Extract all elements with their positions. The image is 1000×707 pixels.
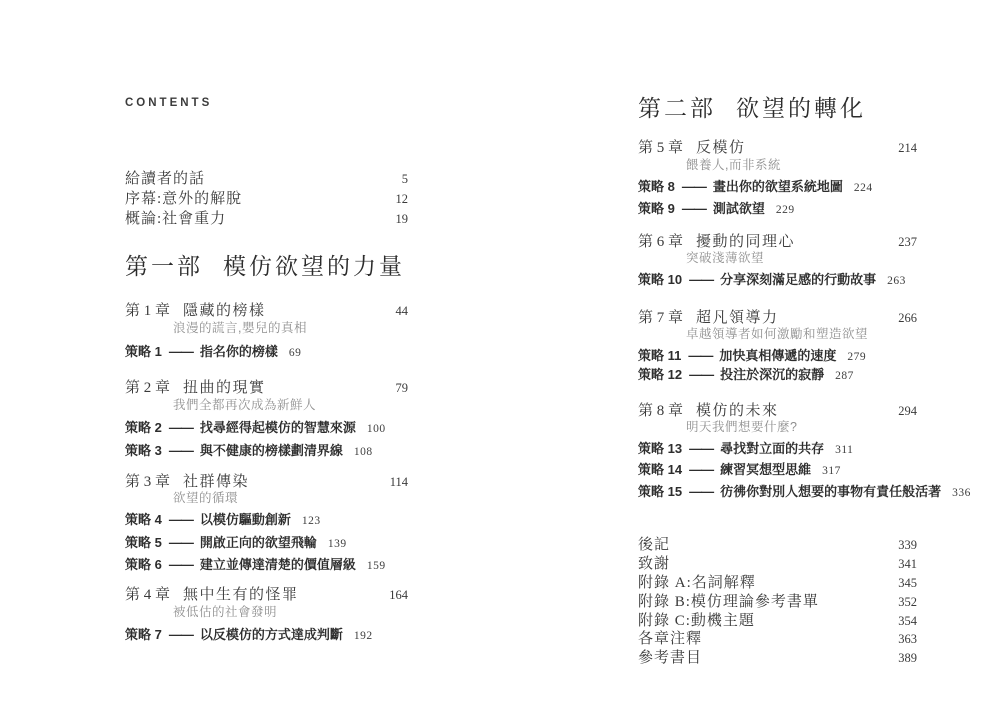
strategy-label: 策略 12 bbox=[638, 368, 682, 383]
entry-title: 附錄 A:名詞解釋 bbox=[638, 575, 756, 592]
chapter-entry: 第 5 章 反模仿 214 bbox=[638, 140, 917, 157]
strategy-entry: 策略 9 —— 測試欲望 229 bbox=[638, 202, 917, 217]
strategy-label: 策略 13 bbox=[638, 442, 682, 457]
strategy-title: 練習冥想型思維 bbox=[720, 463, 811, 478]
entry-title: 給讀者的話 bbox=[125, 171, 205, 188]
strategy-entry: 策略 14 —— 練習冥想型思維 317 bbox=[638, 463, 917, 478]
strategy-dash: —— bbox=[689, 442, 713, 457]
strategy-dash: —— bbox=[689, 273, 713, 288]
chapter-title: 無中生有的怪罪 bbox=[183, 587, 381, 604]
page-number: 12 bbox=[396, 192, 409, 206]
strategy-label: 策略 1 bbox=[125, 345, 162, 360]
strategy-dash: —— bbox=[688, 349, 712, 364]
page-number: 164 bbox=[389, 588, 408, 602]
toc-entry: 附錄 A:名詞解釋 345 bbox=[638, 575, 917, 592]
strategy-label: 策略 3 bbox=[125, 444, 162, 459]
strategy-entry: 策略 10 —— 分享深刻滿足感的行動故事 263 bbox=[638, 273, 917, 288]
part-title: 模仿欲望的力量 bbox=[223, 254, 405, 280]
strategy-dash: —— bbox=[682, 202, 706, 217]
page-number: 19 bbox=[396, 212, 409, 226]
toc-entry: 給讀者的話 5 bbox=[125, 171, 408, 188]
strategy-title: 測試欲望 bbox=[713, 202, 765, 217]
page-number: 389 bbox=[898, 651, 917, 665]
strategy-dash: —— bbox=[169, 628, 193, 643]
chapter-subtitle: 欲望的循環 bbox=[173, 491, 408, 505]
chapter-subtitle: 明天我們想要什麼? bbox=[686, 420, 921, 434]
part-label: 第二部 bbox=[638, 96, 716, 122]
page-number: 224 bbox=[854, 182, 873, 195]
strategy-label: 策略 14 bbox=[638, 463, 682, 478]
strategy-title: 畫出你的欲望系統地圖 bbox=[713, 180, 843, 195]
toc-entry: 各章注釋 363 bbox=[638, 631, 917, 648]
part-title: 欲望的轉化 bbox=[736, 96, 866, 122]
chapter-number: 第 8 章 bbox=[638, 403, 683, 420]
page-number: 114 bbox=[390, 475, 408, 489]
strategy-dash: —— bbox=[689, 463, 713, 478]
page-number: 279 bbox=[847, 351, 866, 364]
contents-heading: CONTENTS bbox=[125, 97, 408, 110]
part-heading: 第二部 欲望的轉化 bbox=[638, 96, 917, 122]
strategy-label: 策略 9 bbox=[638, 202, 675, 217]
chapter-subtitle: 突破淺薄欲望 bbox=[686, 251, 921, 265]
strategy-entry: 策略 1 —— 指名你的榜樣 69 bbox=[125, 345, 408, 360]
page-number: 159 bbox=[367, 560, 386, 573]
page-number: 214 bbox=[898, 141, 917, 155]
chapter-number: 第 2 章 bbox=[125, 380, 170, 397]
strategy-entry: 策略 5 —— 開啟正向的欲望飛輪 139 bbox=[125, 536, 408, 551]
strategy-entry: 策略 15 —— 彷彿你對別人想要的事物有責任般活著 336 bbox=[638, 485, 917, 500]
chapter-number: 第 5 章 bbox=[638, 140, 683, 157]
strategy-title: 尋找對立面的共存 bbox=[720, 442, 824, 457]
strategy-title: 以模仿驅動創新 bbox=[200, 513, 291, 528]
strategy-dash: —— bbox=[169, 536, 193, 551]
strategy-entry: 策略 3 —— 與不健康的榜樣劃清界線 108 bbox=[125, 444, 408, 459]
chapter-number: 第 7 章 bbox=[638, 310, 683, 327]
page-number: 311 bbox=[835, 444, 853, 457]
page-number: 263 bbox=[887, 275, 906, 288]
toc-left-column: CONTENTS 給讀者的話 5 序幕:意外的解脫 12 概論:社會重力 19 … bbox=[125, 0, 408, 707]
page-number: 352 bbox=[898, 595, 917, 609]
entry-title: 概論:社會重力 bbox=[125, 211, 226, 228]
strategy-label: 策略 15 bbox=[638, 485, 682, 500]
chapter-subtitle: 浪漫的謊言,嬰兒的真相 bbox=[173, 321, 408, 335]
entry-title: 附錄 B:模仿理論參考書單 bbox=[638, 594, 819, 611]
toc-entry: 附錄 C:動機主題 354 bbox=[638, 613, 917, 630]
chapter-subtitle: 卓越領導者如何激勵和塑造欲望 bbox=[686, 327, 921, 341]
strategy-dash: —— bbox=[682, 180, 706, 195]
chapter-subtitle: 被低估的社會發明 bbox=[173, 605, 408, 619]
toc-entry: 附錄 B:模仿理論參考書單 352 bbox=[638, 594, 917, 611]
page-number: 287 bbox=[835, 370, 854, 383]
strategy-entry: 策略 13 —— 尋找對立面的共存 311 bbox=[638, 442, 917, 457]
strategy-label: 策略 7 bbox=[125, 628, 162, 643]
page-number: 336 bbox=[952, 487, 971, 500]
chapter-title: 扭曲的現實 bbox=[183, 380, 387, 397]
page-number: 5 bbox=[402, 172, 408, 186]
page-number: 341 bbox=[898, 557, 917, 571]
strategy-entry: 策略 4 —— 以模仿驅動創新 123 bbox=[125, 513, 408, 528]
strategy-dash: —— bbox=[169, 345, 193, 360]
strategy-dash: —— bbox=[169, 513, 193, 528]
strategy-dash: —— bbox=[169, 444, 193, 459]
page-number: 100 bbox=[367, 423, 386, 436]
chapter-entry: 第 7 章 超凡領導力 266 bbox=[638, 310, 917, 327]
page-number: 44 bbox=[396, 304, 409, 318]
chapter-entry: 第 6 章 擾動的同理心 237 bbox=[638, 234, 917, 251]
chapter-number: 第 3 章 bbox=[125, 474, 170, 491]
chapter-title: 模仿的未來 bbox=[696, 403, 890, 420]
page-number: 317 bbox=[822, 465, 841, 478]
part-heading: 第一部 模仿欲望的力量 bbox=[125, 254, 408, 280]
page-number: 229 bbox=[776, 204, 795, 217]
strategy-dash: —— bbox=[689, 485, 713, 500]
part-label: 第一部 bbox=[125, 254, 203, 280]
page-number: 79 bbox=[396, 381, 409, 395]
page-number: 294 bbox=[898, 404, 917, 418]
entry-title: 序幕:意外的解脫 bbox=[125, 191, 242, 208]
toc-entry: 概論:社會重力 19 bbox=[125, 211, 408, 228]
chapter-entry: 第 2 章 扭曲的現實 79 bbox=[125, 380, 408, 397]
strategy-dash: —— bbox=[169, 421, 193, 436]
strategy-title: 開啟正向的欲望飛輪 bbox=[200, 536, 317, 551]
strategy-entry: 策略 2 —— 找尋經得起模仿的智慧來源 100 bbox=[125, 421, 408, 436]
toc-entry: 參考書目 389 bbox=[638, 650, 917, 667]
strategy-title: 找尋經得起模仿的智慧來源 bbox=[200, 421, 356, 436]
entry-title: 後記 bbox=[638, 537, 670, 554]
strategy-label: 策略 10 bbox=[638, 273, 682, 288]
strategy-entry: 策略 12 —— 投注於深沉的寂靜 287 bbox=[638, 368, 917, 383]
strategy-label: 策略 2 bbox=[125, 421, 162, 436]
chapter-subtitle: 我們全都再次成為新鮮人 bbox=[173, 398, 408, 412]
chapter-number: 第 4 章 bbox=[125, 587, 170, 604]
page-number: 237 bbox=[898, 235, 917, 249]
entry-title: 參考書目 bbox=[638, 650, 702, 667]
strategy-entry: 策略 8 —— 畫出你的欲望系統地圖 224 bbox=[638, 180, 917, 195]
page-number: 339 bbox=[898, 538, 917, 552]
chapter-entry: 第 3 章 社群傳染 114 bbox=[125, 474, 408, 491]
strategy-entry: 策略 7 —— 以反模仿的方式達成判斷 192 bbox=[125, 628, 408, 643]
strategy-dash: —— bbox=[689, 368, 713, 383]
chapter-entry: 第 8 章 模仿的未來 294 bbox=[638, 403, 917, 420]
entry-title: 各章注釋 bbox=[638, 631, 702, 648]
page-number: 123 bbox=[302, 515, 321, 528]
strategy-title: 與不健康的榜樣劃清界線 bbox=[200, 444, 343, 459]
strategy-entry: 策略 6 —— 建立並傳達清楚的價值層級 159 bbox=[125, 558, 408, 573]
chapter-title: 擾動的同理心 bbox=[696, 234, 890, 251]
chapter-title: 超凡領導力 bbox=[696, 310, 890, 327]
page-number: 345 bbox=[898, 576, 917, 590]
strategy-title: 彷彿你對別人想要的事物有責任般活著 bbox=[720, 485, 941, 500]
strategy-label: 策略 4 bbox=[125, 513, 162, 528]
chapter-title: 反模仿 bbox=[696, 140, 890, 157]
strategy-title: 分享深刻滿足感的行動故事 bbox=[720, 273, 876, 288]
strategy-label: 策略 5 bbox=[125, 536, 162, 551]
page-number: 266 bbox=[898, 311, 917, 325]
page-number: 363 bbox=[898, 632, 917, 646]
strategy-label: 策略 11 bbox=[638, 349, 681, 364]
entry-title: 致謝 bbox=[638, 556, 670, 573]
chapter-entry: 第 4 章 無中生有的怪罪 164 bbox=[125, 587, 408, 604]
chapter-title: 隱藏的榜樣 bbox=[183, 303, 387, 320]
strategy-title: 加快真相傳遞的速度 bbox=[719, 349, 836, 364]
strategy-label: 策略 6 bbox=[125, 558, 162, 573]
strategy-entry: 策略 11 —— 加快真相傳遞的速度 279 bbox=[638, 349, 917, 364]
entry-title: 附錄 C:動機主題 bbox=[638, 613, 755, 630]
strategy-label: 策略 8 bbox=[638, 180, 675, 195]
chapter-number: 第 6 章 bbox=[638, 234, 683, 251]
strategy-title: 指名你的榜樣 bbox=[200, 345, 278, 360]
chapter-title: 社群傳染 bbox=[183, 474, 382, 491]
toc-entry: 序幕:意外的解脫 12 bbox=[125, 191, 408, 208]
page-number: 354 bbox=[898, 614, 917, 628]
strategy-title: 建立並傳達清楚的價值層級 bbox=[200, 558, 356, 573]
toc-entry: 後記 339 bbox=[638, 537, 917, 554]
page-number: 192 bbox=[354, 630, 373, 643]
chapter-number: 第 1 章 bbox=[125, 303, 170, 320]
chapter-subtitle: 餵養人,而非系統 bbox=[686, 158, 921, 172]
strategy-dash: —— bbox=[169, 558, 193, 573]
strategy-title: 以反模仿的方式達成判斷 bbox=[200, 628, 343, 643]
toc-right-column: 第二部 欲望的轉化 第 5 章 反模仿 214 餵養人,而非系統 策略 8 ——… bbox=[638, 0, 917, 707]
strategy-title: 投注於深沉的寂靜 bbox=[720, 368, 824, 383]
chapter-entry: 第 1 章 隱藏的榜樣 44 bbox=[125, 303, 408, 320]
page-number: 69 bbox=[289, 347, 302, 360]
toc-page: CONTENTS 給讀者的話 5 序幕:意外的解脫 12 概論:社會重力 19 … bbox=[0, 0, 1000, 707]
page-number: 139 bbox=[328, 538, 347, 551]
toc-entry: 致謝 341 bbox=[638, 556, 917, 573]
page-number: 108 bbox=[354, 446, 373, 459]
